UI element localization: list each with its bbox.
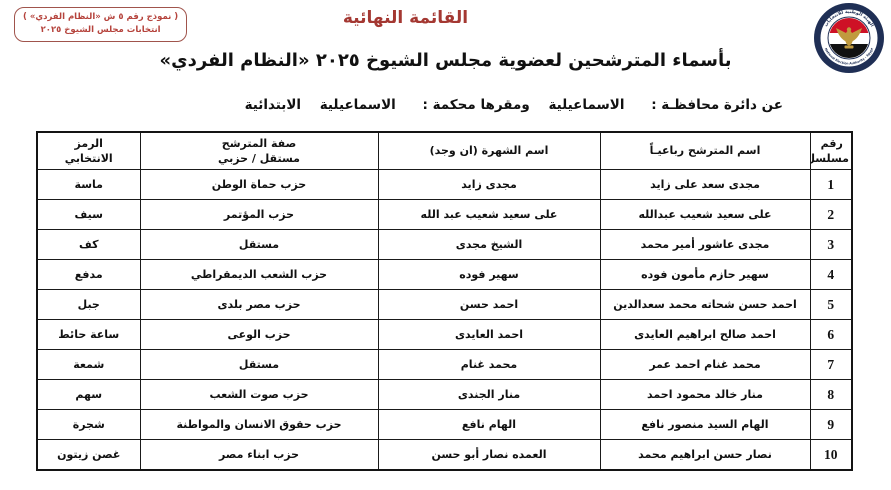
cell-known_as: محمد غنام [378,350,600,380]
cell-name: منار خالد محمود احمد [600,380,810,410]
cell-name: سهير حازم مأمون فوده [600,260,810,290]
court-value: الاسماعيلية [320,97,396,113]
cell-affiliation: حزب حقوق الانسان والمواطنة [140,410,378,440]
cell-symbol: جبل [37,290,140,320]
cell-no: 6 [810,320,852,350]
cell-affiliation: حزب الوعى [140,320,378,350]
table-row: 2على سعيد شعيب عبداللهعلى سعيد شعيب عبد … [37,200,852,230]
cell-name: على سعيد شعيب عبدالله [600,200,810,230]
cell-symbol: مدفع [37,260,140,290]
cell-no: 2 [810,200,852,230]
cell-symbol: شمعة [37,350,140,380]
cell-affiliation: حزب المؤتمر [140,200,378,230]
cell-known_as: العمده نصار أبو حسن [378,440,600,471]
cell-no: 7 [810,350,852,380]
cell-name: احمد حسن شحاته محمد سعدالدين [600,290,810,320]
governorate-label: عن دائرة محافظـة : [651,97,783,113]
table-body: 1مجدى سعد على زايدمجدى زايدحزب حماة الوط… [37,170,852,471]
col-header-name: اسم المترشح رباعيـاً [600,132,810,170]
col-header-affiliation: صفة المترشح مستقل / حزبي [140,132,378,170]
district-line: عن دائرة محافظـة : الاسماعيلية ومقرها مح… [245,97,783,113]
cell-symbol: ماسة [37,170,140,200]
cell-affiliation: حزب حماة الوطن [140,170,378,200]
candidates-table: رقم مسلسلاسم المترشح رباعيـاًاسم الشهرة … [36,131,853,471]
cell-known_as: سهير فوده [378,260,600,290]
cell-affiliation: مستقل [140,350,378,380]
cell-known_as: احمد حسن [378,290,600,320]
col-header-no: رقم مسلسل [810,132,852,170]
cell-symbol: كف [37,230,140,260]
cell-no: 3 [810,230,852,260]
cell-no: 4 [810,260,852,290]
table-row: 1مجدى سعد على زايدمجدى زايدحزب حماة الوط… [37,170,852,200]
cell-no: 9 [810,410,852,440]
cell-affiliation: مستقل [140,230,378,260]
cell-known_as: مجدى زايد [378,170,600,200]
table-row: 5احمد حسن شحاته محمد سعدالديناحمد حسنحزب… [37,290,852,320]
table-row: 9الهام السيد منصور نافعالهام نافعحزب حقو… [37,410,852,440]
cell-no: 8 [810,380,852,410]
governorate-value: الاسماعيلية [548,97,624,113]
table-row: 8منار خالد محمود احمدمنار الجندىحزب صوت … [37,380,852,410]
cell-affiliation: حزب صوت الشعب [140,380,378,410]
table-row: 4سهير حازم مأمون فودهسهير فودهحزب الشعب … [37,260,852,290]
cell-known_as: على سعيد شعيب عبد الله [378,200,600,230]
cell-symbol: ساعة حائط [37,320,140,350]
table-row: 7محمد غنام احمد عمرمحمد غناممستقلشمعة [37,350,852,380]
court-label: ومقرها محكمة : [422,97,529,113]
cell-name: مجدى سعد على زايد [600,170,810,200]
cell-symbol: سهم [37,380,140,410]
cell-symbol: سيف [37,200,140,230]
table-header-row: رقم مسلسلاسم المترشح رباعيـاًاسم الشهرة … [37,132,852,170]
col-header-symbol: الرمز الانتخابي [37,132,140,170]
table-row: 3مجدى عاشور أمير محمدالشيخ مجدىمستقلكف [37,230,852,260]
cell-name: الهام السيد منصور نافع [600,410,810,440]
document-page: ( نموذج رقم ٥ ش «النظام الفردي» ) انتخاب… [0,0,891,490]
cell-symbol: شجرة [37,410,140,440]
cell-no: 1 [810,170,852,200]
cell-affiliation: حزب مصر بلدى [140,290,378,320]
cell-known_as: الهام نافع [378,410,600,440]
table-row: 10نصار حسن ابراهيم محمدالعمده نصار أبو ح… [37,440,852,471]
cell-affiliation: حزب ابناء مصر [140,440,378,471]
document-subtitle: بأسماء المترشحين لعضوية مجلس الشيوخ ٢٠٢٥… [0,50,891,71]
court-type-value: الابتدائية [245,97,301,113]
page-title: القائمة النهائية [0,8,811,28]
cell-name: احمد صالح ابراهيم العايدى [600,320,810,350]
cell-name: محمد غنام احمد عمر [600,350,810,380]
cell-known_as: احمد العايدى [378,320,600,350]
col-header-known_as: اسم الشهرة (ان وجد) [378,132,600,170]
candidates-table-wrap: رقم مسلسلاسم المترشح رباعيـاًاسم الشهرة … [36,131,853,471]
cell-known_as: الشيخ مجدى [378,230,600,260]
cell-affiliation: حزب الشعب الديمقراطي [140,260,378,290]
cell-known_as: منار الجندى [378,380,600,410]
cell-no: 5 [810,290,852,320]
cell-no: 10 [810,440,852,471]
table-row: 6احمد صالح ابراهيم العايدىاحمد العايدىحز… [37,320,852,350]
cell-name: نصار حسن ابراهيم محمد [600,440,810,471]
cell-symbol: غصن زيتون [37,440,140,471]
cell-name: مجدى عاشور أمير محمد [600,230,810,260]
